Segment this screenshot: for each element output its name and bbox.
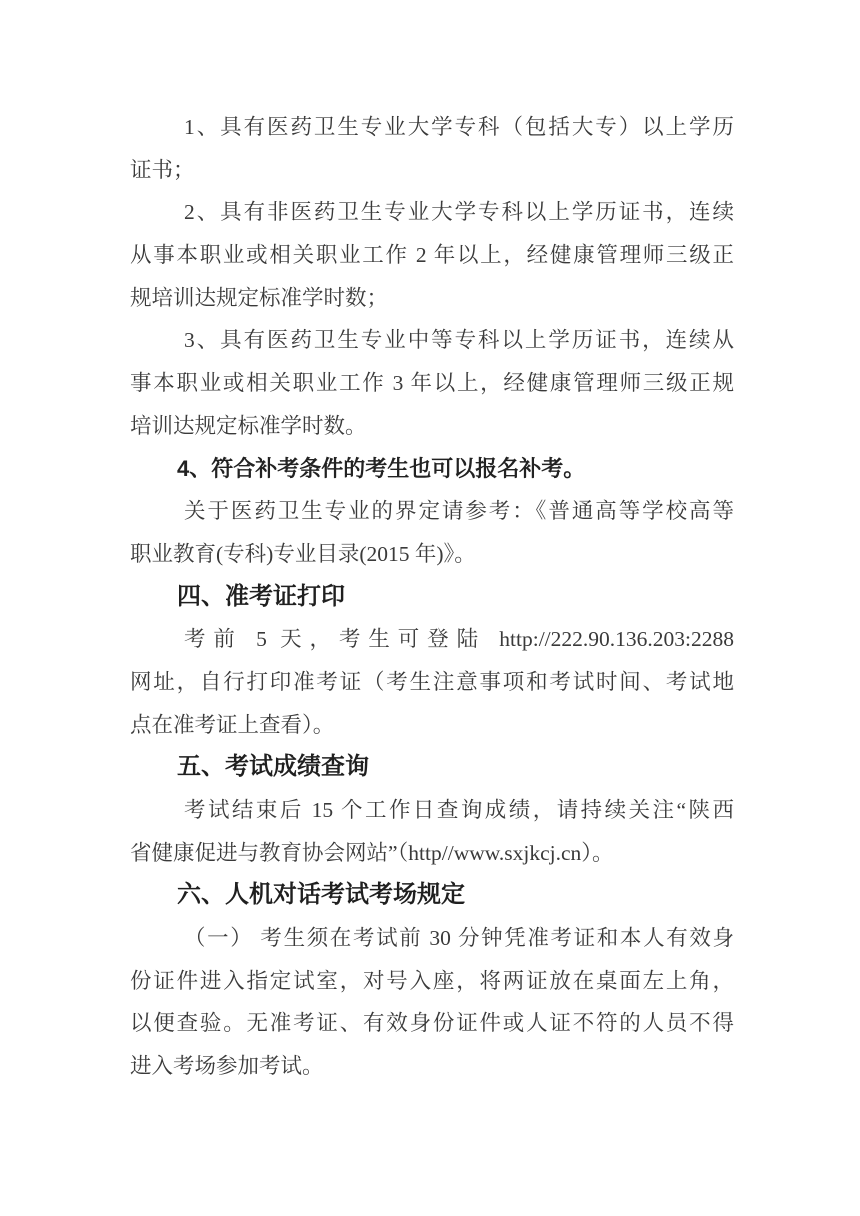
document-page: 1、具有医药卫生专业大学专科（包括大专）以上学历证书；2、具有非医药卫生专业大学… bbox=[0, 0, 860, 1216]
text-line: 进入考场参加考试。 bbox=[130, 1045, 734, 1088]
paragraph: 考前 5 天，考生可登陆 http://222.90.136.203:2288网… bbox=[130, 618, 734, 746]
text-line: 事本职业或相关职业工作 3 年以上，经健康管理师三级正规 bbox=[130, 362, 734, 405]
text-line: 培训达规定标准学时数。 bbox=[130, 405, 734, 448]
text-line: 规培训达规定标准学时数； bbox=[130, 277, 734, 320]
section-heading: 五、考试成绩查询 bbox=[130, 746, 734, 789]
paragraph: （一） 考生须在考试前 30 分钟凭准考证和本人有效身份证件进入指定试室，对号入… bbox=[130, 917, 734, 1088]
section-heading: 六、人机对话考试考场规定 bbox=[130, 874, 734, 917]
text-line: 份证件进入指定试室，对号入座，将两证放在桌面左上角， bbox=[130, 960, 734, 1003]
text-line: 网址，自行打印准考证（考生注意事项和考试时间、考试地 bbox=[130, 661, 734, 704]
text-line: 点在准考证上查看）。 bbox=[130, 704, 734, 747]
text-line: 2、具有非医药卫生专业大学专科以上学历证书，连续 bbox=[130, 191, 734, 234]
paragraph: 考试结束后 15 个工作日查询成绩，请持续关注“陕西省健康促进与教育协会网站”（… bbox=[130, 789, 734, 874]
text-line: 证书； bbox=[130, 149, 734, 192]
document-content: 1、具有医药卫生专业大学专科（包括大专）以上学历证书；2、具有非医药卫生专业大学… bbox=[130, 106, 734, 1088]
text-line: 以便查验。无准考证、有效身份证件或人证不符的人员不得 bbox=[130, 1002, 734, 1045]
text-line: 省健康促进与教育协会网站”（http//www.sxjkcj.cn）。 bbox=[130, 832, 734, 875]
section-heading: 四、准考证打印 bbox=[130, 576, 734, 619]
text-line: 五、考试成绩查询 bbox=[130, 746, 734, 789]
paragraph: 关于医药卫生专业的界定请参考：《普通高等学校高等职业教育(专科)专业目录(201… bbox=[130, 490, 734, 575]
text-line: 从事本职业或相关职业工作 2 年以上，经健康管理师三级正 bbox=[130, 234, 734, 277]
text-line: 1、具有医药卫生专业大学专科（包括大专）以上学历 bbox=[130, 106, 734, 149]
text-line: 3、具有医药卫生专业中等专科以上学历证书，连续从 bbox=[130, 319, 734, 362]
paragraph: 2、具有非医药卫生专业大学专科以上学历证书，连续从事本职业或相关职业工作 2 年… bbox=[130, 191, 734, 319]
text-line: （一） 考生须在考试前 30 分钟凭准考证和本人有效身 bbox=[130, 917, 734, 960]
text-line: 考前 5 天，考生可登陆 http://222.90.136.203:2288 bbox=[130, 618, 734, 661]
paragraph: 1、具有医药卫生专业大学专科（包括大专）以上学历证书； bbox=[130, 106, 734, 191]
text-line: 4、符合补考条件的考生也可以报名补考。 bbox=[130, 448, 734, 491]
text-line: 四、准考证打印 bbox=[130, 576, 734, 619]
paragraph: 3、具有医药卫生专业中等专科以上学历证书，连续从事本职业或相关职业工作 3 年以… bbox=[130, 319, 734, 447]
text-line: 关于医药卫生专业的界定请参考：《普通高等学校高等 bbox=[130, 490, 734, 533]
paragraph: 4、符合补考条件的考生也可以报名补考。 bbox=[130, 448, 734, 491]
text-line: 六、人机对话考试考场规定 bbox=[130, 874, 734, 917]
text-line: 职业教育(专科)专业目录(2015 年)》。 bbox=[130, 533, 734, 576]
text-line: 考试结束后 15 个工作日查询成绩，请持续关注“陕西 bbox=[130, 789, 734, 832]
